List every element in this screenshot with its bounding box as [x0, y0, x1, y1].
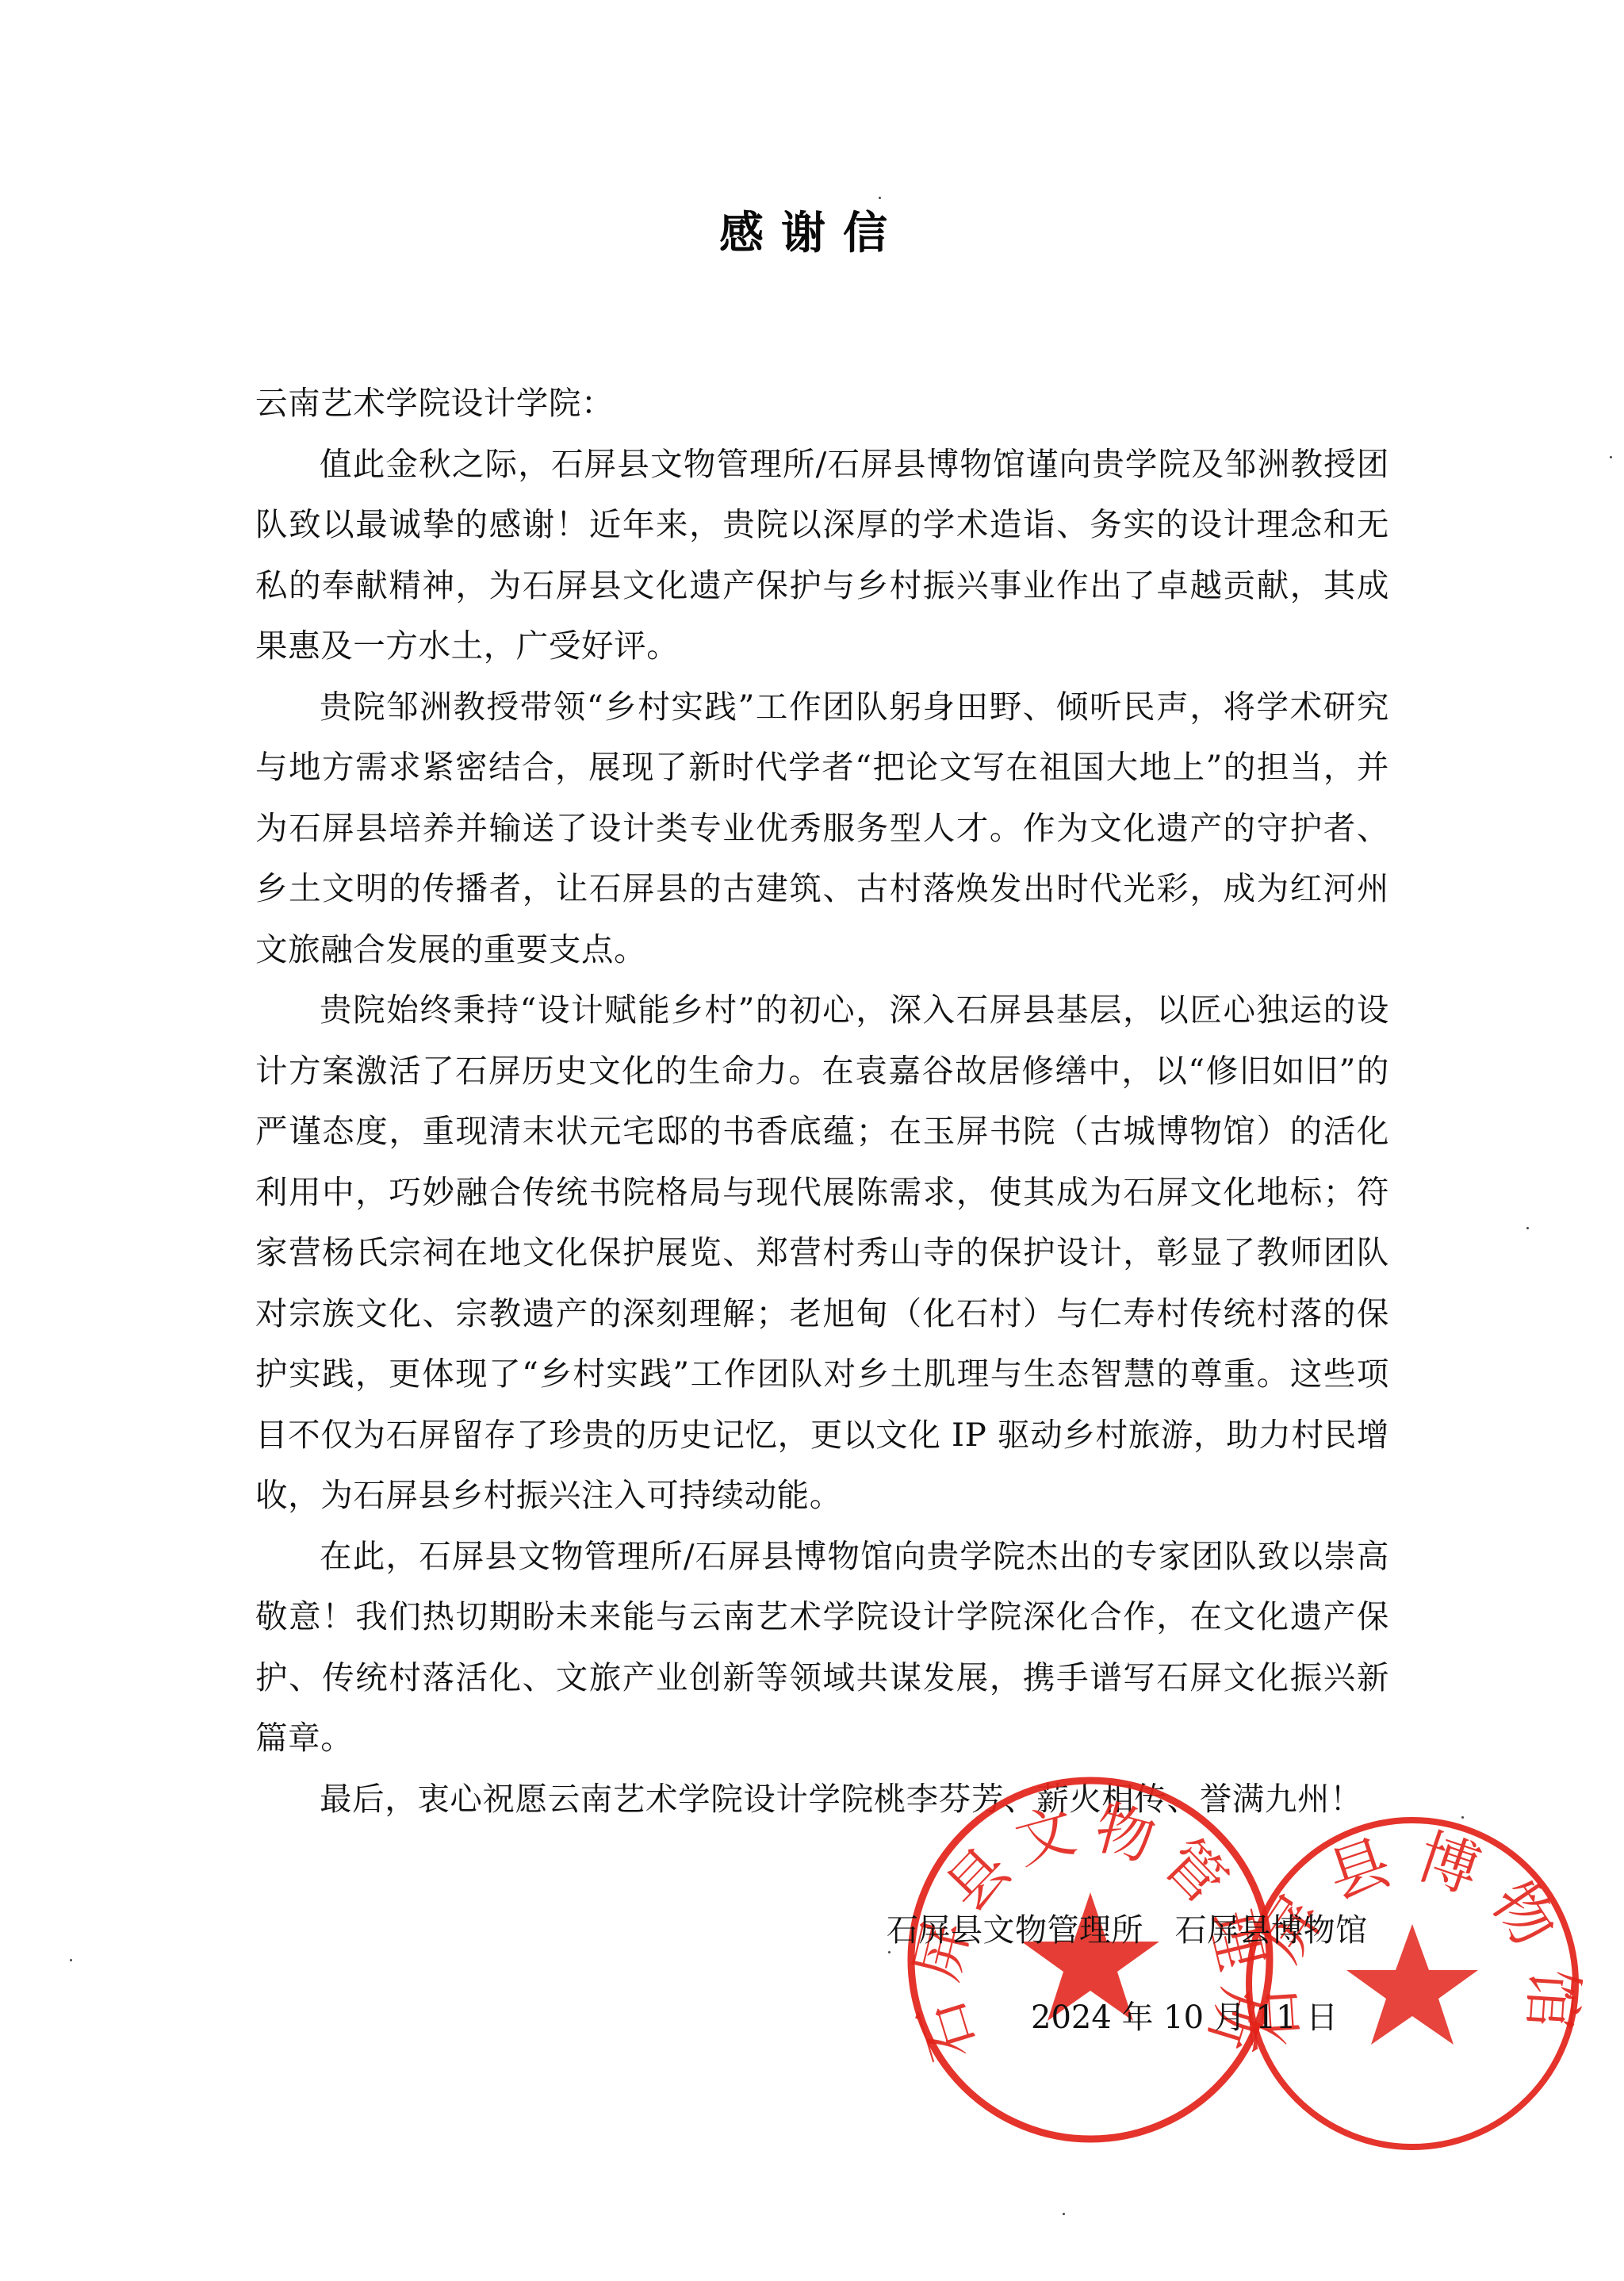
- scan-speck: [1610, 456, 1612, 458]
- paragraph-3: 贵院始终秉持“设计赋能乡村”的初心，深入石屏县基层，以匠心独运的设计方案激活了石…: [255, 979, 1389, 1526]
- seal-stamp-icon: 石屏县博物馆: [1242, 1813, 1583, 2154]
- paragraph-4: 在此，石屏县文物管理所/石屏县博物馆向贵学院杰出的专家团队致以崇高敬意！我们热切…: [255, 1526, 1389, 1769]
- seal-stamp-icon: 石屏县文物管理所: [904, 1773, 1277, 2146]
- paragraph-1: 值此金秋之际，石屏县文物管理所/石屏县博物馆谨向贵学院及邹洲教授团队致以最诚挚的…: [255, 434, 1389, 677]
- scan-speck: [879, 197, 881, 199]
- paragraph-5: 最后，衷心祝愿云南艺术学院设计学院桃李芬芳、薪火相传、誉满九州！: [255, 1769, 1389, 1830]
- scan-speck: [1526, 1227, 1529, 1229]
- museum-seal: 石屏县博物馆: [1242, 1813, 1583, 2154]
- letter-title: 感谢信: [0, 198, 1624, 262]
- paragraph-2: 贵院邹洲教授带领“乡村实践”工作团队躬身田野、倾听民声，将学术研究与地方需求紧密…: [255, 677, 1389, 980]
- letter-date: 2024 年 10 月 11 日: [1031, 1992, 1338, 2038]
- letter-body: 云南艺术学院设计学院： 值此金秋之际，石屏县文物管理所/石屏县博物馆谨向贵学院及…: [255, 373, 1389, 1829]
- scan-speck: [70, 1959, 72, 1961]
- letter-page: 感谢信 云南艺术学院设计学院： 值此金秋之际，石屏县文物管理所/石屏县博物馆谨向…: [0, 0, 1624, 2281]
- signature-line: 石屏县文物管理所 石屏县博物馆: [887, 1905, 1368, 1950]
- cultural-relics-office-seal: 石屏县文物管理所: [904, 1773, 1277, 2146]
- salutation: 云南艺术学院设计学院：: [255, 373, 1389, 434]
- scan-speck: [1461, 1816, 1464, 1819]
- scan-speck: [1063, 2213, 1065, 2215]
- scan-speck: [888, 1951, 891, 1953]
